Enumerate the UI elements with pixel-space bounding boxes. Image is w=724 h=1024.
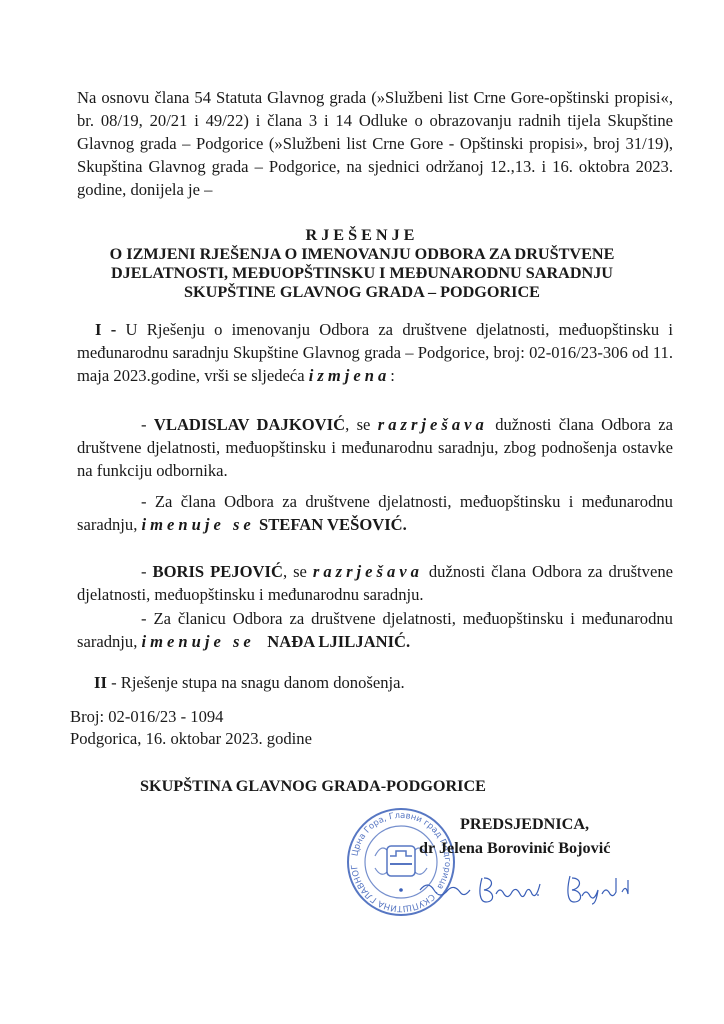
section-1-label: I - — [77, 320, 126, 339]
document-subtitle-line-1: O IZMJENI RJEŠENJA O IMENOVANJU ODBORA Z… — [60, 245, 664, 263]
person-name: STEFAN VEŠOVIĆ. — [255, 515, 407, 534]
document-subtitle-line-2: DJELATNOSTI, MEĐUOPŠTINSKU I MEĐUNARODNU… — [60, 264, 664, 282]
section-1-emphasis: izmjena — [309, 366, 390, 385]
list-item: - VLADISLAV DAJKOVIĆ, se razrješava dužn… — [77, 413, 673, 482]
list-item: - BORIS PEJOVIĆ, se razrješava dužnosti … — [77, 560, 673, 606]
list-item: - Za članicu Odbora za društvene djelatn… — [77, 607, 673, 653]
signatory-role: PREDSJEDNICA, — [460, 815, 589, 834]
document-page: Na osnovu člana 54 Statuta Glavnog grada… — [0, 0, 724, 1024]
section-1-colon: : — [390, 366, 395, 385]
item-text: , se — [283, 562, 313, 581]
signatory-name: dr Jelena Borovinić Bojović — [419, 839, 610, 858]
list-item: - Za člana Odbora za društvene djelatnos… — [77, 490, 673, 536]
person-name: VLADISLAV DAJKOVIĆ — [154, 415, 345, 434]
item-dash: - — [77, 492, 155, 511]
action-emphasis: imenuje se — [142, 515, 255, 534]
handwritten-signature-icon — [410, 868, 640, 910]
item-dash: - — [77, 609, 153, 628]
intro-paragraph: Na osnovu člana 54 Statuta Glavnog grada… — [77, 86, 673, 201]
item-text: , se — [345, 415, 378, 434]
section-2-label: II — [94, 673, 107, 692]
action-emphasis: razrješava — [313, 562, 423, 581]
section-1: I - U Rješenju o imenovanju Odbora za dr… — [77, 318, 673, 387]
person-name: BORIS PEJOVIĆ — [153, 562, 283, 581]
organization-name: SKUPŠTINA GLAVNOG GRADA-PODGORICE — [140, 777, 486, 796]
action-emphasis: razrješava — [378, 415, 488, 434]
action-emphasis: imenuje se — [142, 632, 255, 651]
section-2-text: - Rješenje stupa na snagu danom donošenj… — [107, 673, 405, 692]
person-name: NAĐA LJILJANIĆ. — [255, 632, 410, 651]
item-dash: - — [77, 562, 153, 581]
document-title: RJEŠENJE — [60, 226, 664, 244]
document-meta: Broj: 02-016/23 - 1094 Podgorica, 16. ok… — [70, 706, 312, 750]
item-dash: - — [77, 415, 154, 434]
section-2: II - Rješenje stupa na snagu danom donoš… — [94, 671, 405, 694]
place-date: Podgorica, 16. oktobar 2023. godine — [70, 728, 312, 750]
document-subtitle-line-3: SKUPŠTINE GLAVNOG GRADA – PODGORICE — [60, 283, 664, 301]
document-number: Broj: 02-016/23 - 1094 — [70, 706, 312, 728]
